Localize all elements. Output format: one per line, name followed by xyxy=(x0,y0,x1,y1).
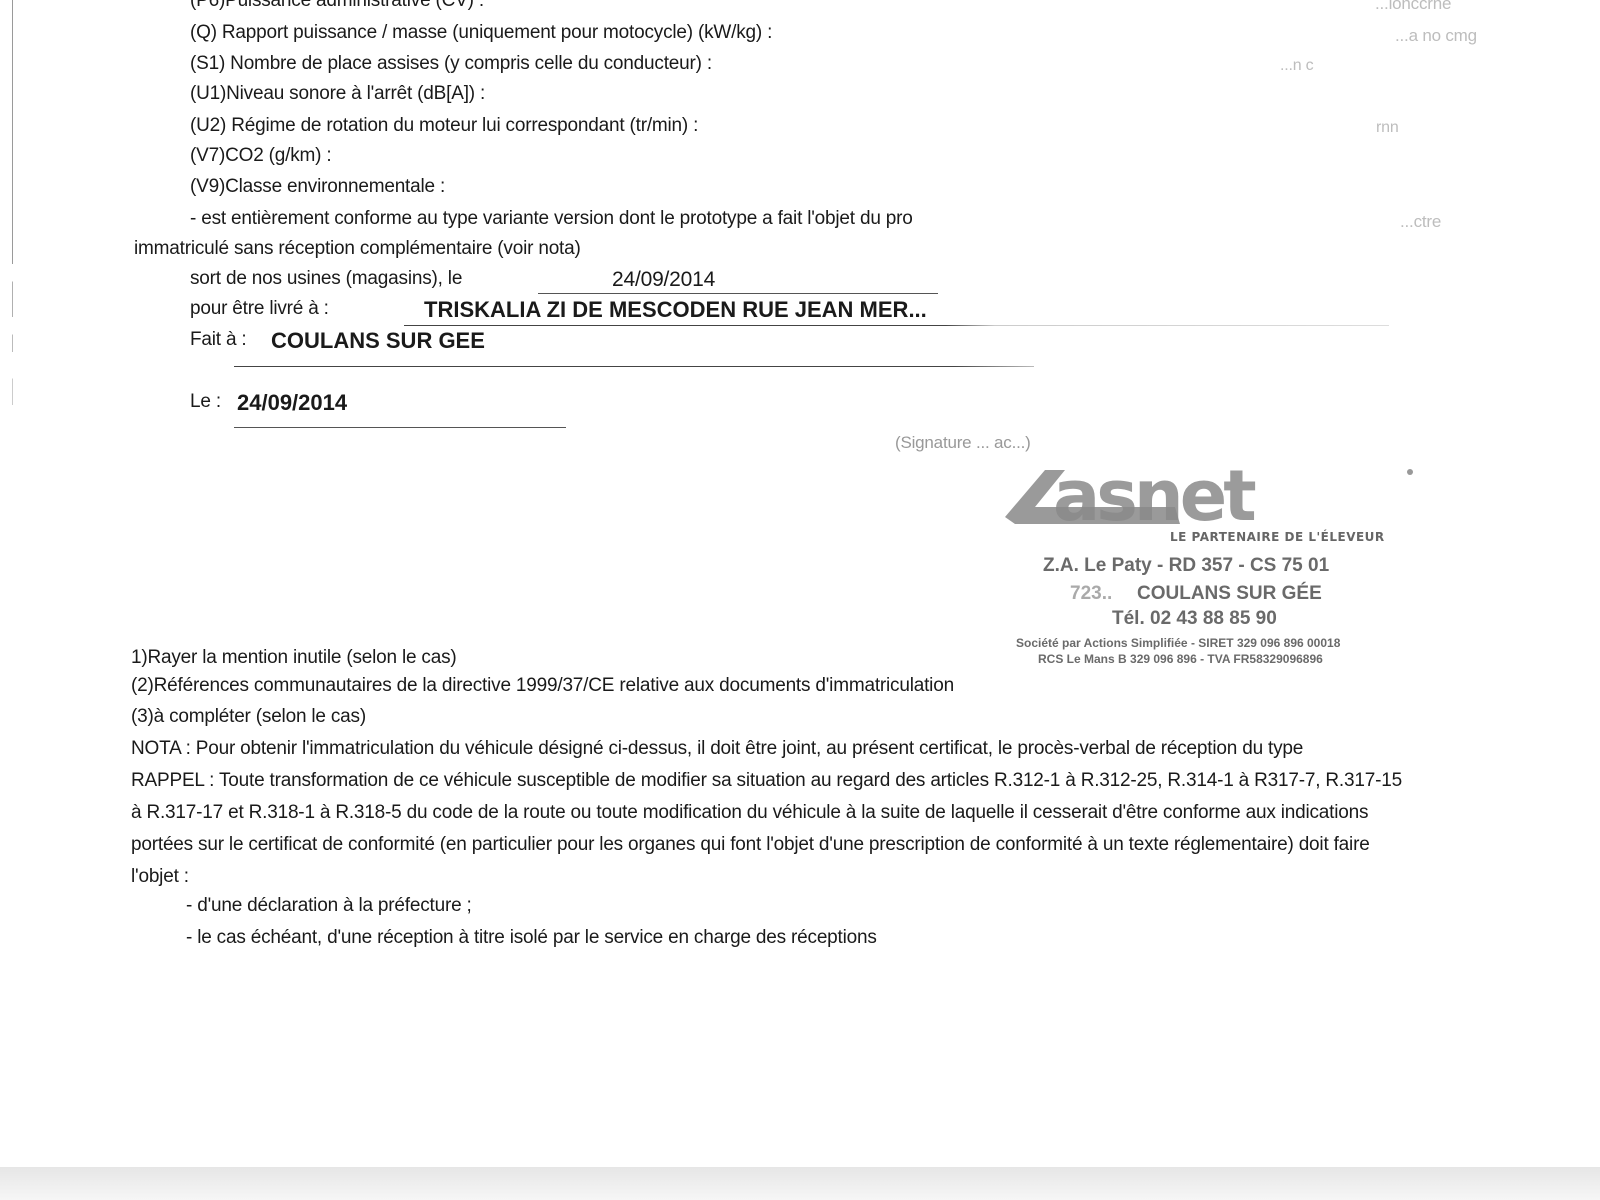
delivery-underline xyxy=(404,325,1389,326)
footnote-2: (2)Références communautaires de la direc… xyxy=(131,675,954,697)
stamp-address-1: Z.A. Le Paty - RD 357 - CS 75 01 xyxy=(1043,555,1329,577)
stamp-legal-2: RCS Le Mans B 329 096 896 - TVA FR583290… xyxy=(1038,652,1323,666)
field-v9-label: (V9)Classe environnementale : xyxy=(190,176,445,198)
stamp-phone: Tél. 02 43 88 85 90 xyxy=(1112,608,1277,630)
delivery-label: pour être livré à : xyxy=(190,298,329,320)
field-u2-value: rnn xyxy=(1376,119,1399,137)
signature-label: (Signature ... ac...) xyxy=(895,433,1031,453)
field-s1-value: ...n c xyxy=(1280,57,1313,75)
factory-label: sort de nos usines (magasins), le xyxy=(190,268,462,290)
factory-date-underline xyxy=(538,293,938,294)
document-page: (P6)Puissance administrative (CV) : ...l… xyxy=(0,0,1600,1167)
conformity-faint-end: ...ctre xyxy=(1400,212,1441,232)
field-v7-label: (V7)CO2 (g/km) : xyxy=(190,145,331,167)
stamp-tagline: LE PARTENAIRE DE L'ÉLEVEUR xyxy=(1170,530,1385,544)
rappel-line-2: à R.317-17 et R.318-1 à R.318-5 du code … xyxy=(131,802,1368,824)
rappel-bullet-1: - d'une déclaration à la préfecture ; xyxy=(186,895,472,917)
rappel-line-1: RAPPEL : Toute transformation de ce véhi… xyxy=(131,770,1402,792)
rappel-line-3: portées sur le certificat de conformité … xyxy=(131,834,1370,856)
rappel-line-4: l'objet : xyxy=(131,866,189,888)
made-at-value: COULANS SUR GEE xyxy=(271,328,485,354)
footnote-3: (3)à compléter (selon le cas) xyxy=(131,706,366,728)
field-s1-label: (S1) Nombre de place assises (y compris … xyxy=(190,53,712,75)
date-underline xyxy=(234,427,566,428)
conformity-statement: - est entièrement conforme au type varia… xyxy=(190,208,913,230)
date-label: Le : xyxy=(190,391,221,413)
field-q-label: (Q) Rapport puissance / masse (uniquemen… xyxy=(190,22,772,44)
made-at-underline xyxy=(234,366,1034,367)
conformity-statement-cont: immatriculé sans réception complémentair… xyxy=(134,238,581,260)
field-u2-label: (U2) Régime de rotation du moteur lui co… xyxy=(190,115,698,137)
delivery-value: TRISKALIA ZI DE MESCODEN RUE JEAN MER... xyxy=(424,297,927,323)
stamp-city: COULANS SUR GÉE xyxy=(1137,583,1322,605)
faint-value: ...lonccrne xyxy=(1375,0,1451,14)
page-bottom-shadow xyxy=(0,1167,1600,1200)
svg-text:asnet: asnet xyxy=(1053,462,1255,537)
factory-date: 24/09/2014 xyxy=(612,268,715,292)
scan-margin-line xyxy=(12,0,13,440)
footnote-1: 1)Rayer la mention inutile (selon le cas… xyxy=(131,647,457,669)
stamp-zip: 723.. xyxy=(1070,583,1112,605)
date-value: 24/09/2014 xyxy=(237,390,347,416)
rappel-bullet-2: - le cas échéant, d'une réception à titr… xyxy=(186,927,877,949)
cut-off-field-line: (P6)Puissance administrative (CV) : xyxy=(190,0,484,12)
stamp-legal-1: Société par Actions Simplifiée - SIRET 3… xyxy=(1016,636,1340,650)
made-at-label: Fait à : xyxy=(190,329,246,351)
field-q-value: ...a no cmg xyxy=(1395,26,1477,46)
field-u1-label: (U1)Niveau sonore à l'arrêt (dB[A]) : xyxy=(190,83,485,105)
nota-text: NOTA : Pour obtenir l'immatriculation du… xyxy=(131,738,1303,760)
